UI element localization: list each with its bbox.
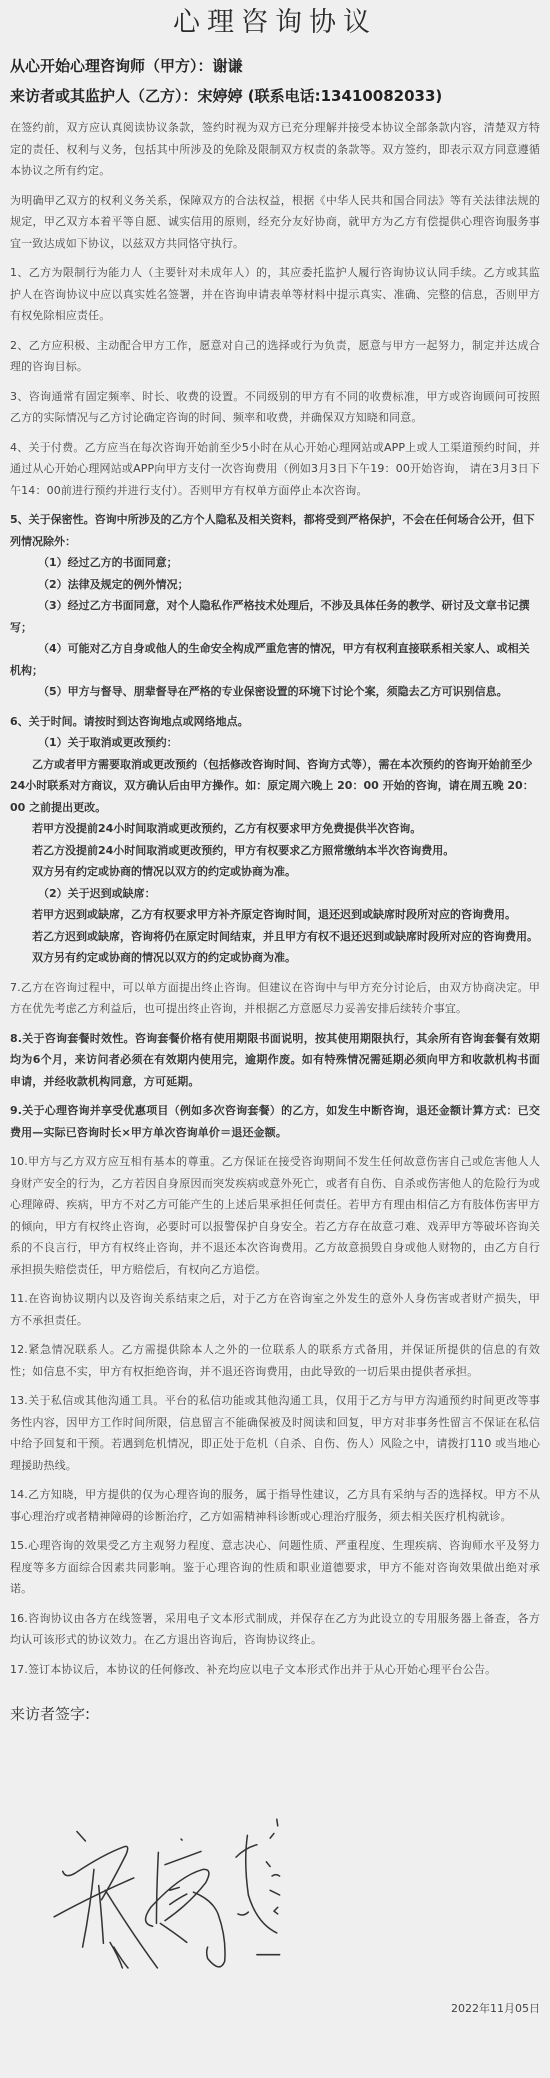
clause-11: 11.在咨询协议期内以及咨询关系结束之后，对于乙方在咨询室之外发生的意外人身伤害… xyxy=(10,1288,540,1331)
clause-6-sub2-line: 若乙方迟到或缺席，咨询将仍在原定时间结束，并且甲方有权不退还迟到或缺席时段所对应… xyxy=(10,926,540,948)
preamble-paragraph: 为明确甲乙双方的权利义务关系，保障双方的合法权益，根据《中华人民共和国合同法》等… xyxy=(10,190,540,255)
page-title: 心理咨询协议 xyxy=(0,0,550,43)
agreement-body: 在签约前，双方应认真阅读协议条款，签约时视为双方已充分理解并接受本协议全部条款内… xyxy=(0,117,550,1680)
spacer xyxy=(10,703,540,711)
clause-5-item: （2）法律及规定的例外情况； xyxy=(10,574,540,596)
clause-12: 12.紧急情况联系人。乙方需提供除本人之外的一位联系人的联系方式备用，并保证所提… xyxy=(10,1339,540,1382)
clause-13: 13.关于私信或其他沟通工具。平台的私信功能或其他沟通工具，仅用于乙方与甲方沟通… xyxy=(10,1390,540,1476)
clause-6-sub1-line: 若乙方没提前24小时间取消或更改预约，甲方有权要求乙方照常缴纳本半次咨询费用。 xyxy=(10,840,540,862)
clause-10: 10.甲方与乙方双方应互相有基本的尊重。乙方保证在接受咨询期间不发生任何故意伤害… xyxy=(10,1151,540,1280)
clause-9: 9.关于心理咨询并享受优惠项目（例如多次咨询套餐）的乙方，如发生中断咨询，退还金… xyxy=(10,1100,540,1143)
preamble-paragraph: 在签约前，双方应认真阅读协议条款，签约时视为双方已充分理解并接受本协议全部条款内… xyxy=(10,117,540,182)
clause-14: 14.乙方知晓，甲方提供的仅为心理咨询的服务，属于指导性建议，乙方具有采纳与否的… xyxy=(10,1484,540,1527)
clause-5-item: （5）甲方与督导、朋辈督导在严格的专业保密设置的环境下讨论个案，须隐去乙方可识别… xyxy=(10,681,540,703)
clause-6-sub1-line: 乙方或者甲方需要取消或更改预约（包括修改咨询时间、咨询方式等），需在本次预约的咨… xyxy=(10,754,540,819)
signature-label: 来访者签字: xyxy=(10,1702,550,1726)
clause-3: 3、咨询通常有固定频率、时长、收费的设置。不同级别的甲方有不同的收费标准，甲方或… xyxy=(10,386,540,429)
clause-6-sub2-line: 双方另有约定或协商的情况以双方的约定或协商为准。 xyxy=(10,947,540,969)
clause-15: 15.心理咨询的效果受乙方主观努力程度、意志决心、问题性质、严重程度、生理疾病、… xyxy=(10,1535,540,1600)
clause-6-sub1-line: 若甲方没提前24小时间取消或更改预约，乙方有权要求甲方免费提供半次咨询。 xyxy=(10,818,540,840)
clause-6-sub2-title: （2）关于迟到或缺席： xyxy=(10,883,540,905)
clause-6-sub1-line: 双方另有约定或协商的情况以双方的约定或协商为准。 xyxy=(10,861,540,883)
clause-7: 7.乙方在咨询过程中，可以单方面提出终止咨询。但建议在咨询中与甲方充分讨论后，由… xyxy=(10,977,540,1020)
clause-8: 8.关于咨询套餐时效性。咨询套餐价格有使用期限书面说明，按其使用期限执行，其余所… xyxy=(10,1028,540,1093)
clause-2: 2、乙方应积极、主动配合甲方工作，愿意对自己的选择或行为负责，愿意与甲方一起努力… xyxy=(10,335,540,378)
clause-5-intro: 5、关于保密性。咨询中所涉及的乙方个人隐私及相关资料，都将受到严格保护，不会在任… xyxy=(10,509,540,552)
clause-16: 16.咨询协议由各方在线签署，采用电子文本形式制成，并保存在乙方为此设立的专用服… xyxy=(10,1608,540,1651)
handwritten-signature xyxy=(40,1805,290,1985)
party-b-line: 来访者或其监护人（乙方）：宋婷婷 (联系电话:13410082033) xyxy=(10,81,550,111)
clause-6-sub2-line: 若甲方迟到或缺席，乙方有权要求甲方补齐原定咨询时间，退还迟到或缺席时段所对应的咨… xyxy=(10,904,540,926)
clause-5-item: （3）经过乙方书面同意，对个人隐私作严格技术处理后，不涉及具体任务的教学、研讨及… xyxy=(10,595,540,638)
clause-4: 4、关于付费。乙方应当在每次咨询开始前至少5小时在从心开始心理网站或APP上或人… xyxy=(10,437,540,502)
clause-5-item: （4）可能对乙方自身或他人的生命安全构成严重危害的情况，甲方有权利直接联系相关家… xyxy=(10,638,540,681)
clause-17: 17.签订本协议后，本协议的任何修改、补充均应以电子文本形式作出并于从心开始心理… xyxy=(10,1659,540,1681)
spacer xyxy=(10,969,540,977)
clause-6-intro: 6、关于时间。请按时到达咨询地点或网络地点。 xyxy=(10,711,540,733)
signature-date: 2022年11月05日 xyxy=(451,2000,540,2016)
clause-1: 1、乙方为限制行为能力人（主要针对未成年人）的，其应委托监护人履行咨询协议认同手… xyxy=(10,262,540,327)
clause-6-sub1-title: （1）关于取消或更改预约： xyxy=(10,732,540,754)
clause-5-item: （1）经过乙方的书面同意； xyxy=(10,552,540,574)
party-a-line: 从心开始心理咨询师（甲方）：谢谦 xyxy=(10,51,550,81)
agreement-page: 心理咨询协议 从心开始心理咨询师（甲方）：谢谦 来访者或其监护人（乙方）：宋婷婷… xyxy=(0,0,550,2078)
